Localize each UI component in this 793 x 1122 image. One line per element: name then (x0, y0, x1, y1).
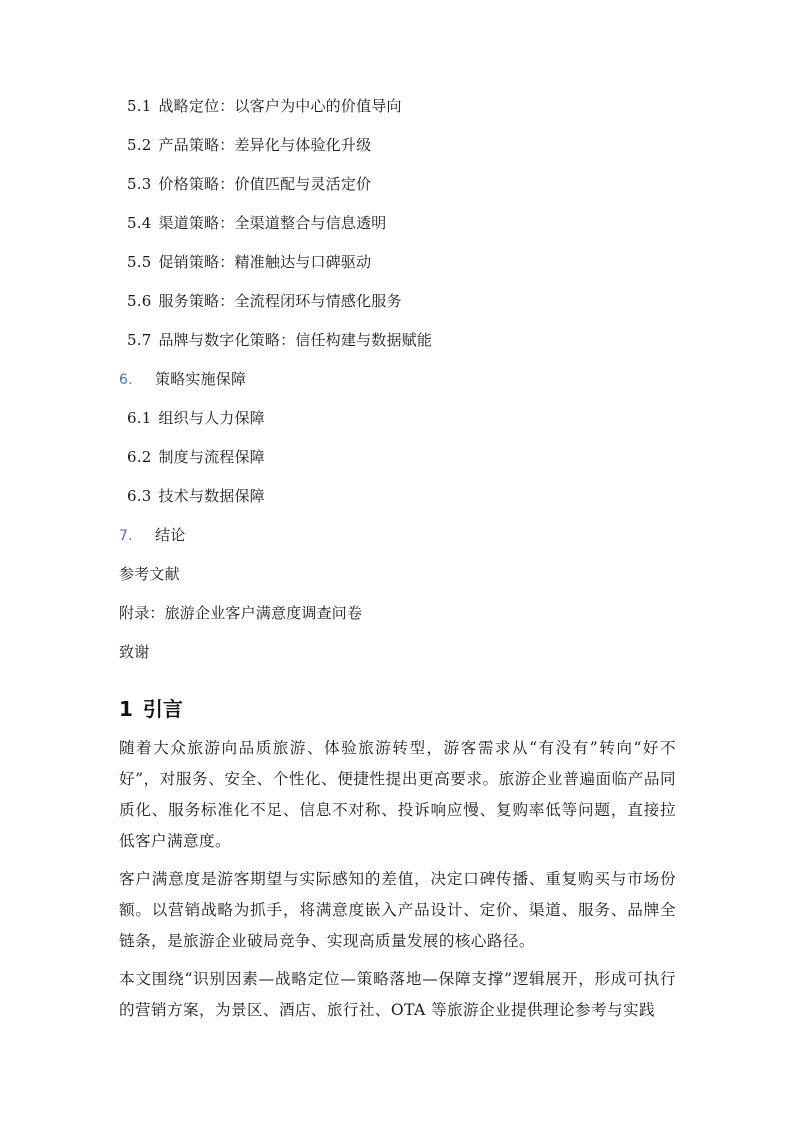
toc-entry-acknowledgements[interactable]: 致谢 (119, 642, 149, 662)
toc-entry-number: 6. (119, 370, 155, 390)
toc-entry-title: 结论 (155, 526, 185, 544)
toc-entry-6-3[interactable]: 6.3技术与数据保障 (127, 486, 265, 506)
toc-entry-number: 5.3 (127, 175, 151, 193)
toc-entry-number: 5.4 (127, 214, 151, 232)
toc-entry-6[interactable]: 6.策略实施保障 (119, 369, 246, 390)
toc-entry-title: 价格策略：价值匹配与灵活定价 (158, 175, 371, 193)
toc-entry-title: 附录：旅游企业客户满意度调查问卷 (119, 604, 362, 622)
body-paragraph: 随着大众旅游向品质旅游、体验旅游转型，游客需求从“有没有”转向“好不好”，对服务… (119, 733, 676, 857)
toc-entry-title: 策略实施保障 (155, 370, 246, 388)
toc-entry-5-6[interactable]: 5.6服务策略：全流程闭环与情感化服务 (127, 291, 402, 311)
toc-entry-number: 6.1 (127, 409, 151, 427)
toc-entry-5-5[interactable]: 5.5促销策略：精准触达与口碑驱动 (127, 252, 371, 272)
toc-entry-title: 战略定位：以客户为中心的价值导向 (158, 97, 401, 115)
toc-entry-7[interactable]: 7.结论 (119, 525, 185, 546)
toc-entry-title: 组织与人力保障 (158, 409, 264, 427)
toc-entry-number: 5.7 (127, 331, 151, 349)
toc-entry-title: 制度与流程保障 (158, 448, 264, 466)
toc-entry-number: 6.3 (127, 487, 151, 505)
toc-entry-number: 6.2 (127, 448, 151, 466)
toc-entry-title: 技术与数据保障 (158, 487, 264, 505)
toc-entry-5-7[interactable]: 5.7品牌与数字化策略：信任构建与数据赋能 (127, 330, 432, 350)
toc-entry-title: 促销策略：精准触达与口碑驱动 (158, 253, 371, 271)
toc-entry-title: 致谢 (119, 643, 149, 661)
toc-entry-number: 5.2 (127, 136, 151, 154)
toc-entry-6-1[interactable]: 6.1组织与人力保障 (127, 408, 265, 428)
toc-entry-5-3[interactable]: 5.3价格策略：价值匹配与灵活定价 (127, 174, 371, 194)
toc-entry-6-2[interactable]: 6.2制度与流程保障 (127, 447, 265, 467)
toc-entry-references[interactable]: 参考文献 (119, 564, 180, 584)
section-number: 1 (119, 697, 133, 721)
section-heading: 1引言 (119, 696, 183, 722)
toc-entry-5-2[interactable]: 5.2产品策略：差异化与体验化升级 (127, 135, 371, 155)
toc-entry-number: 5.1 (127, 97, 151, 115)
toc-entry-5-1[interactable]: 5.1战略定位：以客户为中心的价值导向 (127, 96, 402, 116)
toc-entry-number: 7. (119, 526, 155, 546)
toc-entry-title: 渠道策略：全渠道整合与信息透明 (158, 214, 386, 232)
section-title: 引言 (143, 697, 183, 721)
body-paragraph: 本文围绕“识别因素—战略定位—策略落地—保障支撑”逻辑展开，形成可执行的营销方案… (119, 964, 676, 1026)
toc-entry-number: 5.6 (127, 292, 151, 310)
toc-entry-title: 产品策略：差异化与体验化升级 (158, 136, 371, 154)
toc-entry-title: 品牌与数字化策略：信任构建与数据赋能 (158, 331, 432, 349)
toc-entry-number: 5.5 (127, 253, 151, 271)
toc-entry-appendix[interactable]: 附录：旅游企业客户满意度调查问卷 (119, 603, 362, 623)
toc-entry-title: 服务策略：全流程闭环与情感化服务 (158, 292, 401, 310)
document-page: 5.1战略定位：以客户为中心的价值导向 5.2产品策略：差异化与体验化升级 5.… (0, 0, 793, 1122)
toc-entry-title: 参考文献 (119, 565, 180, 583)
toc-entry-5-4[interactable]: 5.4渠道策略：全渠道整合与信息透明 (127, 213, 386, 233)
body-paragraph: 客户满意度是游客期望与实际感知的差值，决定口碑传播、重复购买与市场份额。以营销战… (119, 864, 676, 957)
